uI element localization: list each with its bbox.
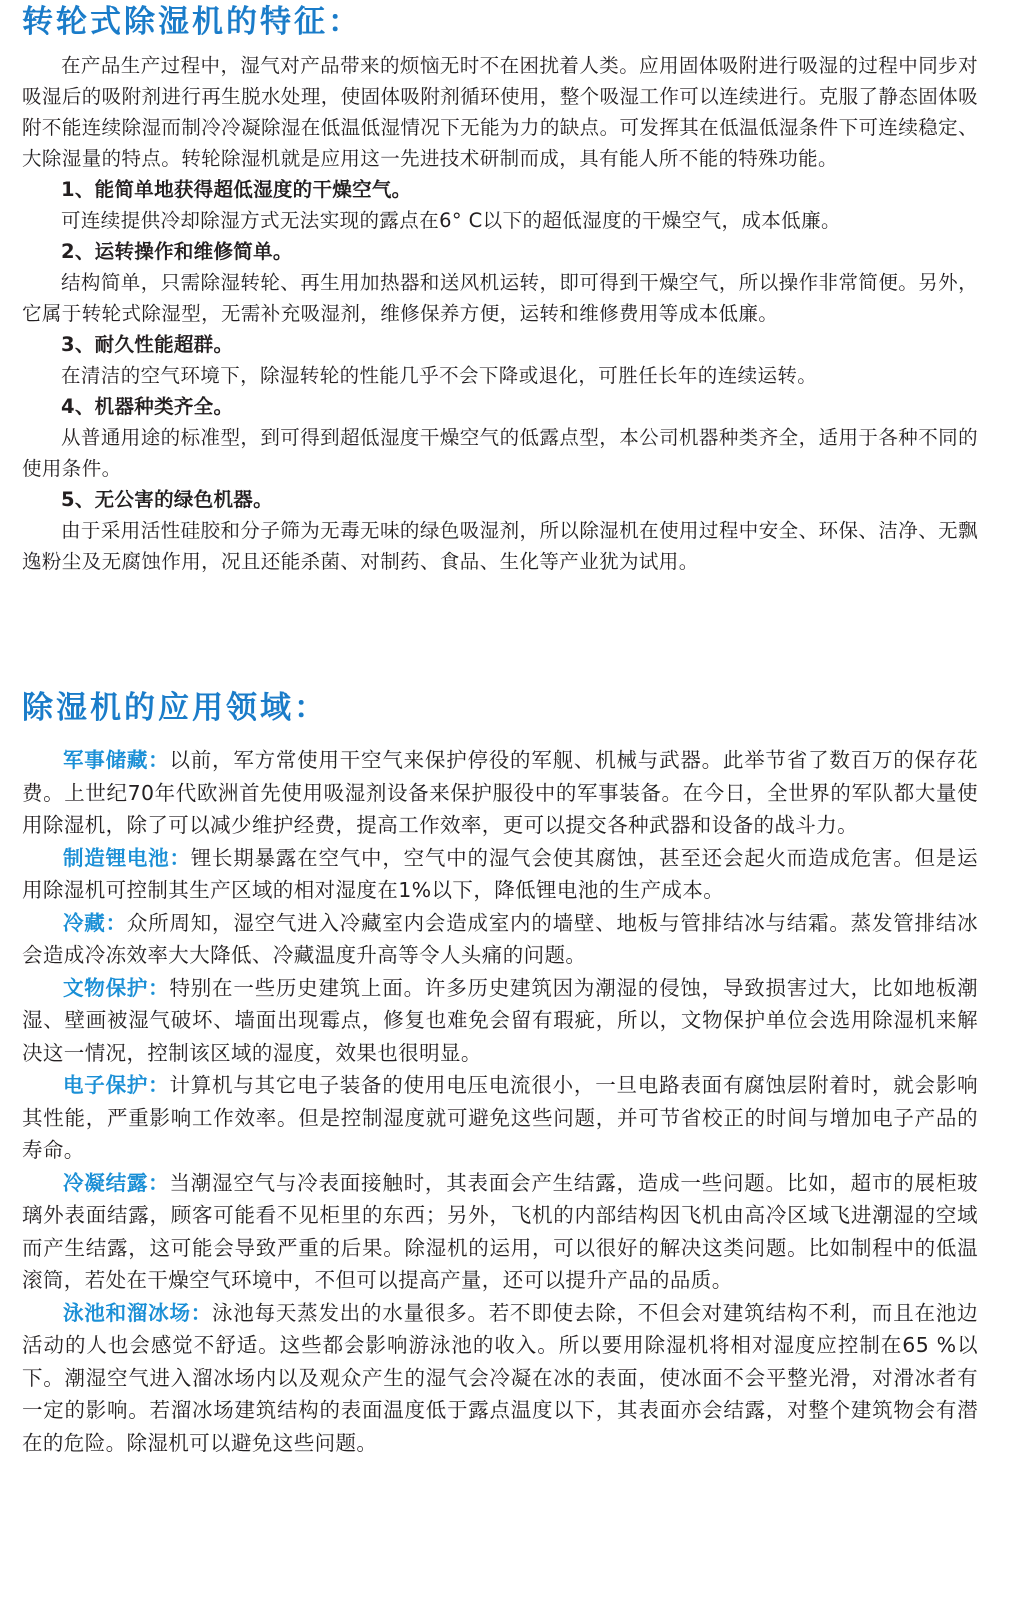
feature-text-4: 从普通用途的标准型，到可得到超低湿度干燥空气的低露点型，本公司机器种类齐全，适用… xyxy=(22,422,978,484)
section-title-features: 转轮式除湿机的特征： xyxy=(22,2,362,42)
feature-heading-4: 4、机器种类齐全。 xyxy=(22,391,978,422)
application-pool-and-rink: 泳池和溜冰场：泳池每天蒸发出的水量很多。若不即使去除，不但会对建筑结构不利，而且… xyxy=(22,1297,978,1460)
section-title-applications: 除湿机的应用领域： xyxy=(22,688,328,728)
application-text: 众所周知，湿空气进入冷藏室内会造成室内的墙壁、地板与管排结冰与结霜。蒸发管排结冰… xyxy=(22,911,978,968)
application-military-storage: 军事储藏：以前，军方常使用干空气来保护停役的军舰、机械与武器。此举节省了数百万的… xyxy=(22,744,978,842)
feature-heading-5: 5、无公害的绿色机器。 xyxy=(22,484,978,515)
application-heritage-protection: 文物保护：特别在一些历史建筑上面。许多历史建筑因为潮湿的侵蚀，导致损害过大，比如… xyxy=(22,972,978,1070)
features-section: 在产品生产过程中，湿气对产品带来的烦恼无时不在困扰着人类。应用固体吸附进行吸湿的… xyxy=(22,50,978,577)
applications-section: 军事储藏：以前，军方常使用干空气来保护停役的军舰、机械与武器。此举节省了数百万的… xyxy=(22,744,978,1459)
application-label: 制造锂电池： xyxy=(63,846,191,870)
application-label: 电子保护： xyxy=(63,1073,169,1097)
application-cold-storage: 冷藏：众所周知，湿空气进入冷藏室内会造成室内的墙壁、地板与管排结冰与结霜。蒸发管… xyxy=(22,907,978,972)
application-label: 泳池和溜冰场： xyxy=(63,1301,212,1325)
feature-text-3: 在清洁的空气环境下，除湿转轮的性能几乎不会下降或退化，可胜任长年的连续运转。 xyxy=(22,360,978,391)
application-lithium-battery: 制造锂电池：锂长期暴露在空气中，空气中的湿气会使其腐蚀，甚至还会起火而造成危害。… xyxy=(22,842,978,907)
features-intro: 在产品生产过程中，湿气对产品带来的烦恼无时不在困扰着人类。应用固体吸附进行吸湿的… xyxy=(22,50,978,174)
feature-heading-1: 1、能简单地获得超低湿度的干燥空气。 xyxy=(22,174,978,205)
feature-heading-2: 2、运转操作和维修简单。 xyxy=(22,236,978,267)
application-label: 冷藏： xyxy=(63,911,127,935)
feature-text-2: 结构简单，只需除湿转轮、再生用加热器和送风机运转，即可得到干燥空气，所以操作非常… xyxy=(22,267,978,329)
feature-text-5: 由于采用活性硅胶和分子筛为无毒无味的绿色吸湿剂，所以除湿机在使用过程中安全、环保… xyxy=(22,515,978,577)
application-electronics-protection: 电子保护：计算机与其它电子装备的使用电压电流很小，一旦电路表面有腐蚀层附着时，就… xyxy=(22,1069,978,1167)
application-label: 军事储藏： xyxy=(63,748,169,772)
application-condensation: 冷凝结露：当潮湿空气与冷表面接触时，其表面会产生结露，造成一些问题。比如，超市的… xyxy=(22,1167,978,1297)
application-label: 冷凝结露： xyxy=(63,1171,169,1195)
application-label: 文物保护： xyxy=(63,976,169,1000)
feature-heading-3: 3、耐久性能超群。 xyxy=(22,329,978,360)
feature-text-1: 可连续提供冷却除湿方式无法实现的露点在6° C以下的超低湿度的干燥空气，成本低廉… xyxy=(22,205,978,236)
